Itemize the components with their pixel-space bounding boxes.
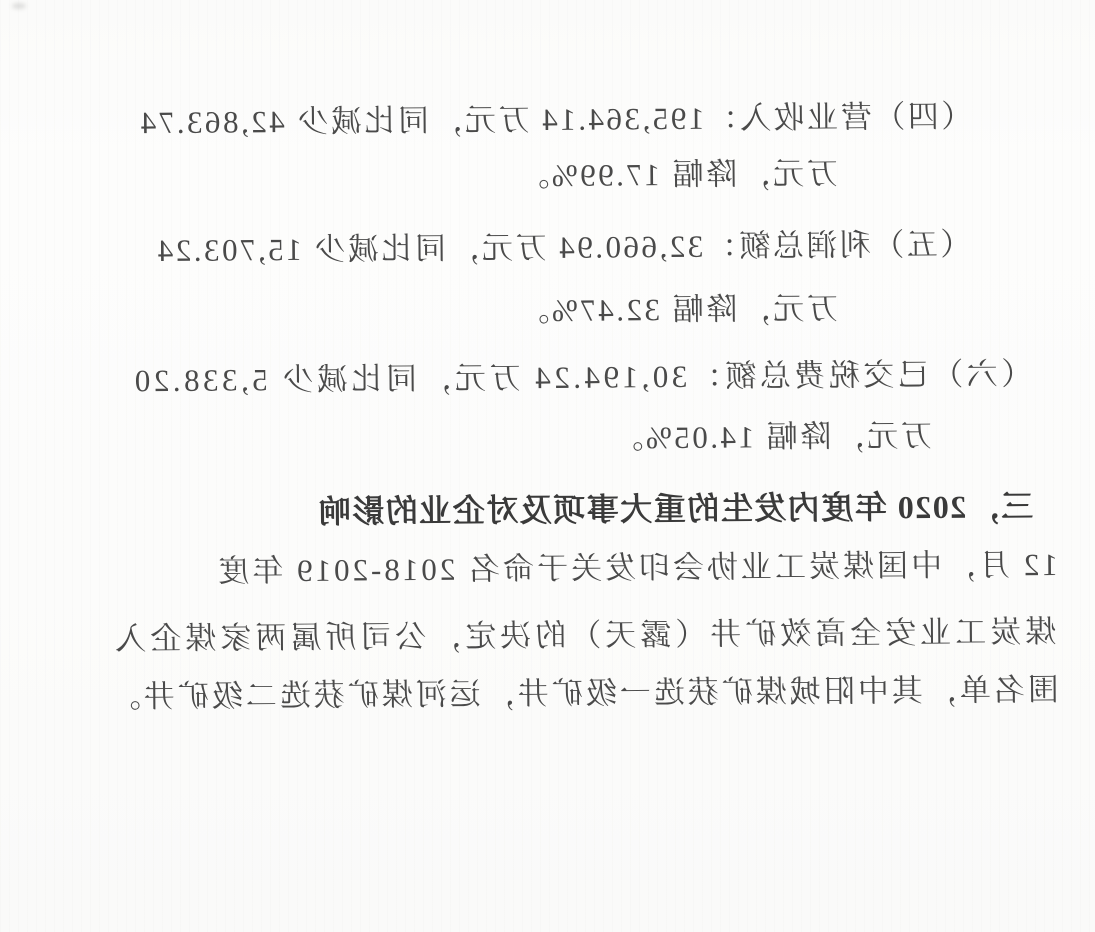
scanned-page: （四）营业收入：195,364.14 万元，同比减少 42,863.74 万元，…: [0, 0, 1095, 932]
financial-item5-profit-line1: （五）利润总额：32,660.94 万元，同比减少 15,703.24: [155, 219, 971, 270]
paragraph-line-2: 煤炭工业安全高效矿井（露天）的决定，公司所属两家煤企入: [111, 606, 1056, 658]
financial-item6-tax-line1: （六）已交税费总额：30,194.24 万元，同比减少 5,338.20: [131, 348, 1032, 400]
mirrored-content: （四）营业收入：195,364.14 万元，同比减少 42,863.74 万元，…: [0, 0, 1095, 932]
paragraph-line-1: 12 月，中国煤炭工业协会印发关于命名 2018-2019 年度: [215, 539, 1058, 591]
financial-item5-profit-line2: 万元，降幅 32.47%。: [516, 283, 838, 331]
financial-item6-tax-line2: 万元，降幅 14.05%。: [610, 410, 932, 458]
financial-item4-revenue-line2: 万元，降幅 17.99%。: [516, 148, 838, 196]
paragraph-line-3: 围名单，其中阳城煤矿获选一级矿井，运河煤矿获选二级矿井。: [107, 664, 1059, 716]
financial-item4-revenue-line1: （四）营业收入：195,364.14 万元，同比减少 42,863.74: [138, 91, 972, 143]
section-heading-major-events: 三，2020 年度内发生的重大事项及对企业的影响: [317, 481, 1033, 533]
